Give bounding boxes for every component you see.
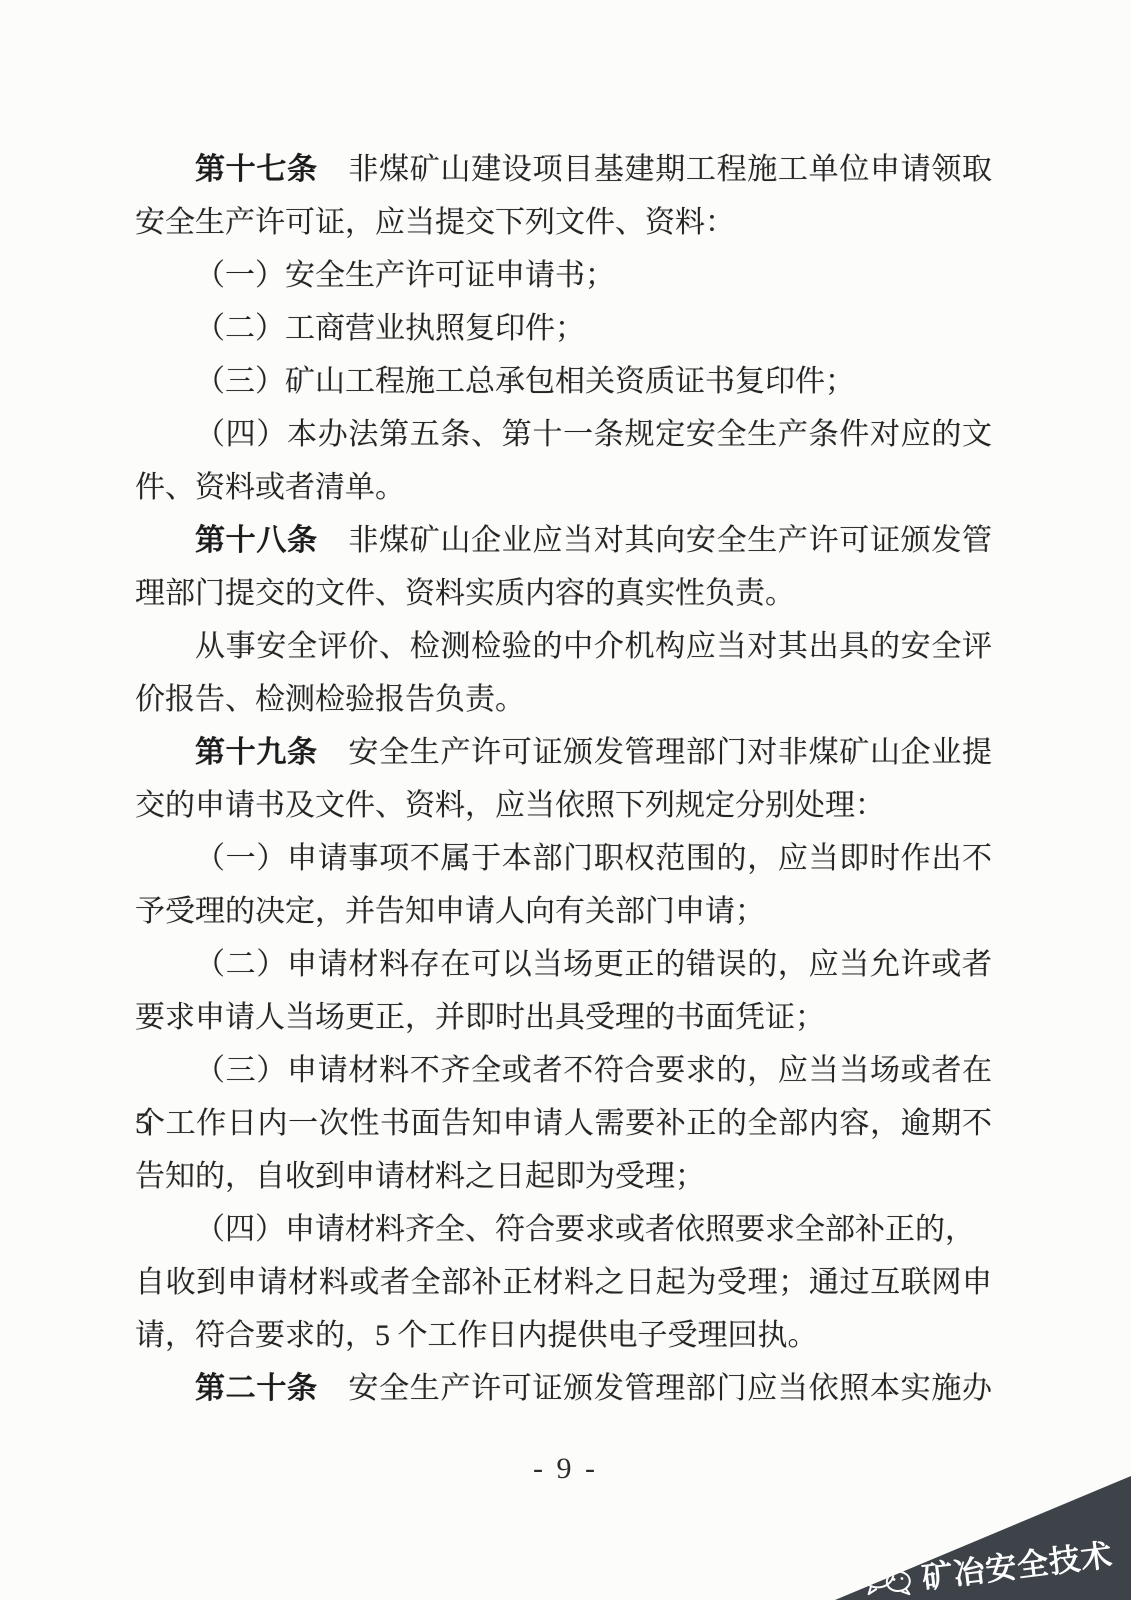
line-text: 告知的，自收到申请材料之日起即为受理； bbox=[135, 1160, 705, 1193]
line-text: 理部门提交的文件、资料实质内容的真实性负责。 bbox=[135, 577, 795, 610]
line-text: （一）安全生产许可证申请书； bbox=[195, 259, 615, 292]
line-text: 安全生产许可证，应当提交下列文件、资料： bbox=[135, 206, 735, 239]
page-sheet: 第十七条 非煤矿山建设项目基建期工程施工单位申请领取 安全生产许可证，应当提交下… bbox=[0, 0, 1131, 1600]
watermark-row: 矿冶安全技术 bbox=[856, 1529, 1115, 1600]
text-line: （一）申请事项不属于本部门职权范围的，应当即时作出不 bbox=[135, 832, 992, 885]
text-line: 第二十条 安全生产许可证颁发管理部门应当依照本实施办 bbox=[135, 1362, 992, 1415]
text-line: 第十七条 非煤矿山建设项目基建期工程施工单位申请领取 bbox=[135, 143, 992, 196]
text-line: （二）工商营业执照复印件； bbox=[135, 302, 992, 355]
text-line: 告知的，自收到申请材料之日起即为受理； bbox=[135, 1150, 992, 1203]
body-text: 第十七条 非煤矿山建设项目基建期工程施工单位申请领取 安全生产许可证，应当提交下… bbox=[135, 143, 992, 1415]
line-text: （三）矿山工程施工总承包相关资质证书复印件； bbox=[195, 365, 855, 398]
watermark-corner: 矿冶安全技术 bbox=[835, 1476, 1131, 1600]
text-line: 从事安全评价、检测检验的中介机构应当对其出具的安全评 bbox=[135, 620, 992, 673]
line-text: 安全生产许可证颁发管理部门应当依照本实施办 bbox=[348, 1372, 992, 1405]
text-line: 第十八条 非煤矿山企业应当对其向安全生产许可证颁发管 bbox=[135, 514, 992, 567]
text-line: 自收到申请材料或者全部补正材料之日起为受理；通过互联网申 bbox=[135, 1256, 992, 1309]
text-line: 件、资料或者清单。 bbox=[135, 461, 992, 514]
wechat-icon bbox=[856, 1554, 915, 1600]
scanned-document-page: { "page": { "page_number": "- 9 -", "lin… bbox=[0, 0, 1131, 1600]
text-line: （四）申请材料齐全、符合要求或者依照要求全部补正的， bbox=[135, 1203, 992, 1256]
line-text: （四）本办法第五条、第十一条规定安全生产条件对应的文 bbox=[195, 418, 992, 451]
line-text: （二）工商营业执照复印件； bbox=[195, 312, 585, 345]
text-line: 安全生产许可证，应当提交下列文件、资料： bbox=[135, 196, 992, 249]
line-text: （一）申请事项不属于本部门职权范围的，应当即时作出不 bbox=[195, 842, 992, 875]
text-line: 理部门提交的文件、资料实质内容的真实性负责。 bbox=[135, 567, 992, 620]
line-text: 件、资料或者清单。 bbox=[135, 471, 405, 504]
text-line: 第十九条 安全生产许可证颁发管理部门对非煤矿山企业提 bbox=[135, 726, 992, 779]
text-line: （三）申请材料不齐全或者不符合要求的，应当当场或者在 5 bbox=[135, 1044, 992, 1097]
line-text: 交的申请书及文件、资料，应当依照下列规定分别处理： bbox=[135, 789, 885, 822]
text-line: 请，符合要求的，5 个工作日内提供电子受理回执。 bbox=[135, 1309, 992, 1362]
line-text: （二）申请材料存在可以当场更正的错误的，应当允许或者 bbox=[195, 948, 992, 981]
text-line: 予受理的决定，并告知申请人向有关部门申请； bbox=[135, 885, 992, 938]
text-line: 价报告、检测检验报告负责。 bbox=[135, 673, 992, 726]
line-text: 从事安全评价、检测检验的中介机构应当对其出具的安全评 bbox=[195, 630, 992, 663]
line-text: 自收到申请材料或者全部补正材料之日起为受理；通过互联网申 bbox=[135, 1266, 992, 1299]
line-text: 要求申请人当场更正，并即时出具受理的书面凭证； bbox=[135, 1001, 825, 1034]
article-number: 第十九条 bbox=[195, 736, 348, 769]
line-text: （四）申请材料齐全、符合要求或者依照要求全部补正的， bbox=[195, 1213, 975, 1246]
watermark-label: 矿冶安全技术 bbox=[919, 1529, 1115, 1597]
text-line: （一）安全生产许可证申请书； bbox=[135, 249, 992, 302]
text-line: 交的申请书及文件、资料，应当依照下列规定分别处理： bbox=[135, 779, 992, 832]
line-text: 非煤矿山建设项目基建期工程施工单位申请领取 bbox=[348, 153, 992, 186]
line-text: 价报告、检测检验报告负责。 bbox=[135, 683, 525, 716]
text-line: （二）申请材料存在可以当场更正的错误的，应当允许或者 bbox=[135, 938, 992, 991]
text-line: 要求申请人当场更正，并即时出具受理的书面凭证； bbox=[135, 991, 992, 1044]
text-line: 个工作日内一次性书面告知申请人需要补正的全部内容，逾期不 bbox=[135, 1097, 992, 1150]
text-line: （三）矿山工程施工总承包相关资质证书复印件； bbox=[135, 355, 992, 408]
line-text: 安全生产许可证颁发管理部门对非煤矿山企业提 bbox=[348, 736, 992, 769]
line-text: 非煤矿山企业应当对其向安全生产许可证颁发管 bbox=[348, 524, 992, 557]
article-number: 第十七条 bbox=[195, 153, 348, 186]
page-number: - 9 - bbox=[0, 1452, 1131, 1486]
line-text: 个工作日内一次性书面告知申请人需要补正的全部内容，逾期不 bbox=[135, 1107, 992, 1140]
text-line: （四）本办法第五条、第十一条规定安全生产条件对应的文 bbox=[135, 408, 992, 461]
article-number: 第十八条 bbox=[195, 524, 348, 557]
line-text: 请，符合要求的，5 个工作日内提供电子受理回执。 bbox=[135, 1319, 818, 1352]
line-text: 予受理的决定，并告知申请人向有关部门申请； bbox=[135, 895, 765, 928]
article-number: 第二十条 bbox=[195, 1372, 348, 1405]
